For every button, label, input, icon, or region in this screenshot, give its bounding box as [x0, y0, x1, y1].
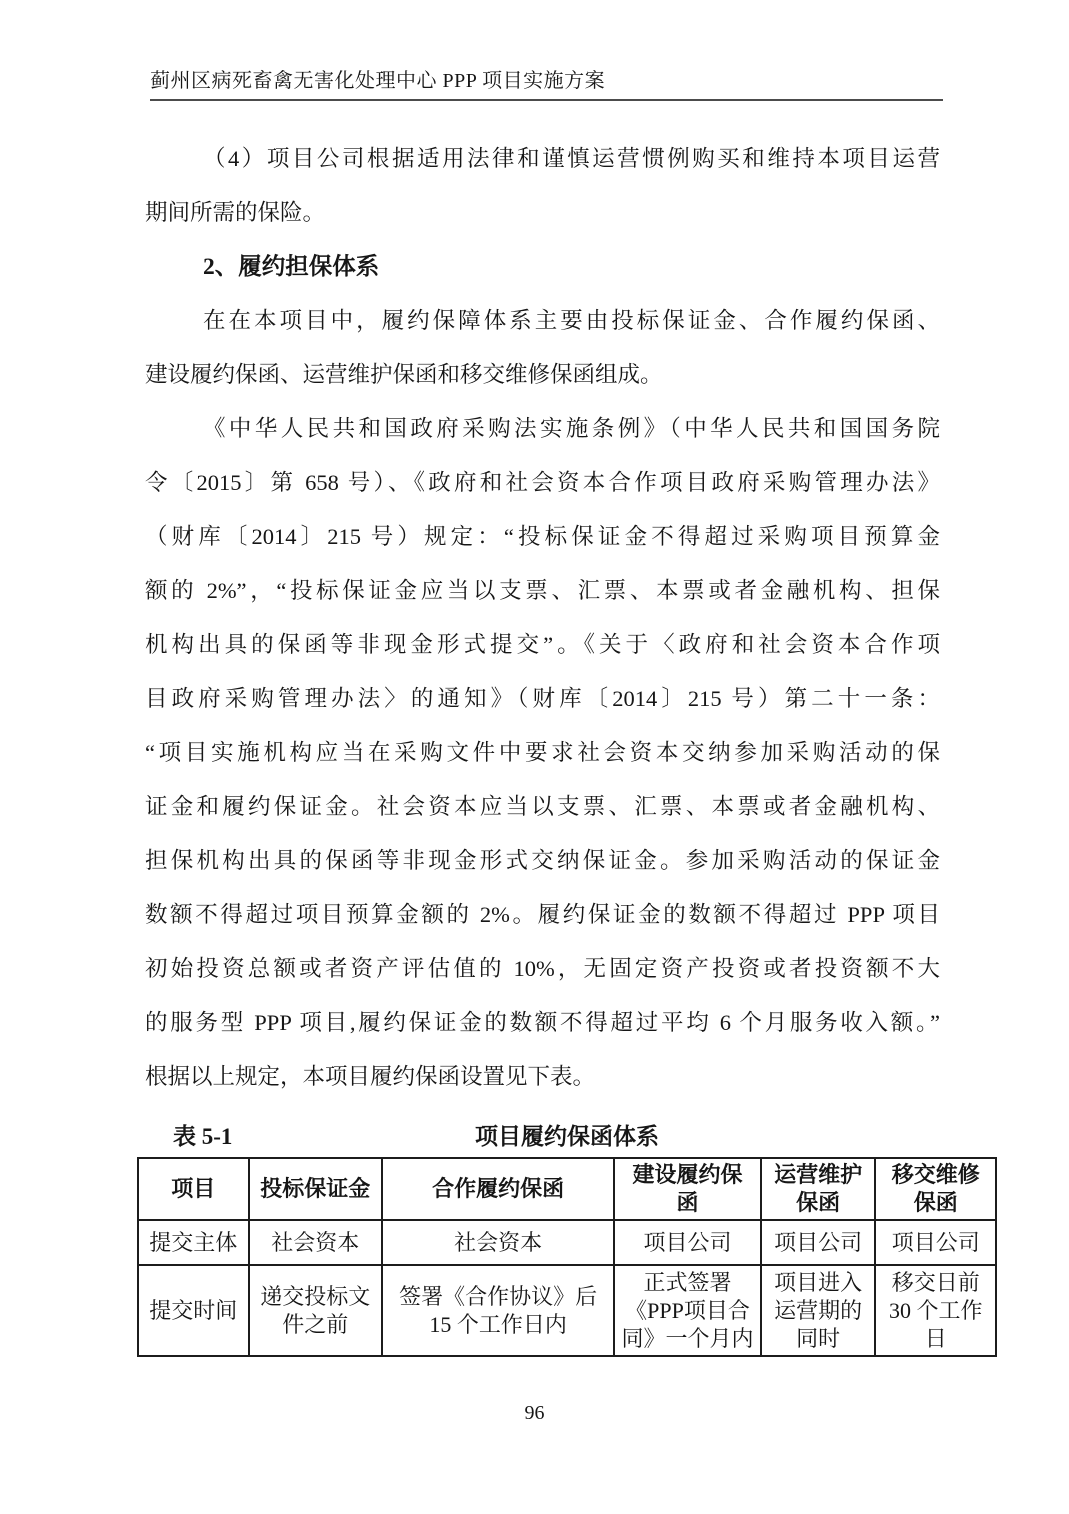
body-line: 数额不得超过项目预算金额的 2%。履约保证金的数额不得超过 PPP 项目: [145, 888, 940, 942]
table-cell: 提交主体: [138, 1220, 249, 1265]
body-line: 期间所需的保险。: [145, 186, 940, 240]
page-number: 96: [0, 1402, 1069, 1425]
table-cell: 项目公司: [614, 1220, 761, 1265]
body-line: 额的 2%”，“投标保证金应当以支票、汇票、本票或者金融机构、担保: [145, 564, 940, 618]
body-text: （4）项目公司根据适用法律和谨慎运营惯例购买和维持本项目运营 期间所需的保险。 …: [145, 132, 940, 1104]
table-cell: 项目公司: [875, 1220, 996, 1265]
table-header-row: 项目 投标保证金 合作履约保函 建设履约保 函 运营维护 保函 移交维修 保函: [138, 1158, 996, 1220]
body-line: 在在本项目中，履约保障体系主要由投标保证金、合作履约保函、: [145, 294, 940, 348]
table-cell: 社会资本: [382, 1220, 614, 1265]
body-line: 根据以上规定，本项目履约保函设置见下表。: [145, 1050, 940, 1104]
table-cell: 移交日前 30 个工作 日: [875, 1265, 996, 1356]
body-line: 机构出具的保函等非现金形式提交”。《关于〈政府和社会资本合作项: [145, 618, 940, 672]
table-cell: 社会资本: [249, 1220, 383, 1265]
table-row: 提交主体 社会资本 社会资本 项目公司 项目公司 项目公司: [138, 1220, 996, 1265]
body-line: 初始投资总额或者资产评估值的 10%，无固定资产投资或者投资额不大: [145, 942, 940, 996]
table-header-cell: 运营维护 保函: [761, 1158, 876, 1220]
body-line: 担保机构出具的保函等非现金形式交纳保证金。参加采购活动的保证金: [145, 834, 940, 888]
table-header-cell: 移交维修 保函: [875, 1158, 996, 1220]
body-line: 的服务型 PPP 项目,履约保证金的数额不得超过平均 6 个月服务收入额。”: [145, 996, 940, 1050]
table-header-cell: 项目: [138, 1158, 249, 1220]
body-line: 建设履约保函、运营维护保函和移交维修保函组成。: [145, 348, 940, 402]
table-cell: 递交投标文 件之前: [249, 1265, 383, 1356]
table-header-cell: 合作履约保函: [382, 1158, 614, 1220]
table-cell: 项目进入 运营期的 同时: [761, 1265, 876, 1356]
document-page: 蓟州区病死畜禽无害化处理中心 PPP 项目实施方案 （4）项目公司根据适用法律和…: [0, 0, 1069, 1514]
body-line: 证金和履约保证金。社会资本应当以支票、汇票、本票或者金融机构、: [145, 780, 940, 834]
body-line: 目政府采购管理办法〉的通知》（财库〔2014〕215 号）第二十一条：: [145, 672, 940, 726]
body-line: “项目实施机构应当在采购文件中要求社会资本交纳参加采购活动的保: [145, 726, 940, 780]
guarantee-table: 项目 投标保证金 合作履约保函 建设履约保 函 运营维护 保函 移交维修 保函 …: [137, 1157, 997, 1357]
body-line: （4）项目公司根据适用法律和谨慎运营惯例购买和维持本项目运营: [145, 132, 940, 186]
table-row: 提交时间 递交投标文 件之前 签署《合作协议》后 15 个工作日内 正式签署 《…: [138, 1265, 996, 1356]
table-label: 表 5-1: [173, 1117, 232, 1157]
table-caption: 表 5-1 项目履约保函体系: [137, 1117, 997, 1157]
table-cell: 正式签署 《PPP项目合 同》一个月内: [614, 1265, 761, 1356]
body-line: （财库〔2014〕215 号）规定：“投标保证金不得超过采购项目预算金: [145, 510, 940, 564]
section-heading: 2、履约担保体系: [145, 240, 940, 294]
table-header-cell: 建设履约保 函: [614, 1158, 761, 1220]
header-divider: [150, 99, 943, 101]
body-line: 《中华人民共和国政府采购法实施条例》（中华人民共和国国务院: [145, 402, 940, 456]
table-header-cell: 投标保证金: [249, 1158, 383, 1220]
page-header-title: 蓟州区病死畜禽无害化处理中心 PPP 项目实施方案: [150, 68, 605, 94]
table-cell: 项目公司: [761, 1220, 876, 1265]
body-line: 令〔2015〕第 658 号）、《政府和社会资本合作项目政府采购管理办法》: [145, 456, 940, 510]
table-cell: 签署《合作协议》后 15 个工作日内: [382, 1265, 614, 1356]
table-title: 项目履约保函体系: [137, 1117, 997, 1157]
table-cell: 提交时间: [138, 1265, 249, 1356]
